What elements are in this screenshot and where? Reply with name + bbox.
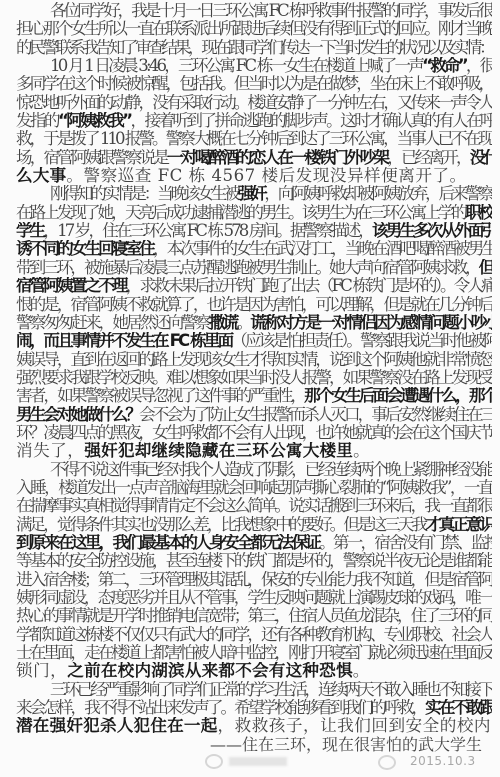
text-segment: ，已经离开， (387, 149, 470, 167)
text-segment: ，接着听到了拼命逃跑的脚步声。这时才确认真的有人在呼 (130, 112, 492, 130)
text-line: 姨误导，直到在返回的路上发现该女生才得知实情，说到这个阿姨他就非常愤怒 (16, 351, 492, 369)
bold-text: 但 (479, 259, 492, 277)
text-line: 热心的事情就是开学时推销电信宽带；第三，住宿人员鱼龙混杂，住了三环的同 (16, 607, 492, 625)
text-line: 多同学在这个时候被惊醒，包括我。但当时以为是在做梦，坐在床上不敢呼吸， (16, 75, 492, 93)
text-line: 惊恐地听外面的动静，没有采取行动。楼道安静了一分钟左右，又传来一声令人 (16, 94, 492, 112)
text-segment: 进入宿舍楼；第二，三环管理极其混乱，保安的专业能力我不知道，但是宿管阿 (16, 571, 492, 589)
text-segment: ，向阿姨呼救却被阿姨放弃，后来警察 (264, 185, 492, 203)
text-line: 满足，觉得条件其实也没那么差，比我想象中的要好。但是这三天我才真正意识 (16, 516, 492, 534)
text-line: 学生，17 岁，住在三环公寓 FC 栋 578 房间。据警察描述，该男生多次从外… (16, 222, 492, 240)
text-line: 警察匆匆赶来，她居然还向警察撒谎。谎称对方是一对情侣因为感情问题小吵小 (16, 314, 492, 332)
text-segment: 带到三环，被施暴后凌晨三点苏醒逃跑被男生制止。她大声向宿管阿姨求救， (16, 259, 479, 277)
bold-text: 强奸 (238, 185, 265, 203)
text-line: 么大事。警察巡查 FC 栋 4567 楼后发现没异样便离开了。 (16, 167, 492, 185)
text-line: 场，宿管阿姨跟警察说是一对喝醉酒的恋人在一楼铁门外吵架，已经离开，没什 (16, 149, 492, 167)
text-segment: ，求救未果后拉开铁门跑了出去（FC 栋铁门是坏的）。令人痛 (126, 277, 492, 295)
bold-text: 闹，而且事情并不发生在 FC 栋里面 (16, 332, 231, 350)
text-line: 闹，而且事情并不发生在 FC 栋里面（应该是怕担责任）。警察跟我说当时他被阿 (16, 332, 492, 350)
text-segment: 热心的事情就是开学时推销电信宽带；第三，住宿人员鱼龙混杂，住了三环的同 (16, 607, 492, 625)
text-segment: 三环已经严重影响了同学们正常的学习生活，连续两天不敢入睡也不知接下 (50, 681, 492, 699)
text-line: 在揣摩事实真相觉得事情肯定不会这么简单。说实话搬到三环来后，我一直都很 (16, 497, 492, 515)
text-line: 宿管阿姨置之不理，求救未果后拉开铁门跑了出去（FC 栋铁门是坏的）。令人痛 (16, 277, 492, 295)
paragraph-start-line: 10 月 1 日凌晨 3:46，三环公寓 FC 栋一女生在楼道上喊了一声“救命”… (16, 57, 492, 75)
text-segment: 发指的 (16, 112, 58, 130)
bold-text: 学生 (16, 222, 43, 240)
bold-text: 强奸犯却继续隐藏在三环公寓大楼里 (84, 442, 353, 460)
text-line: 士在里面，走在楼道上都害怕被人暗中监控，刚打开寝室门就必须迅速在里面反 (16, 644, 492, 662)
text-segment: 姨形同虚设，态度恶劣并且从不管事，学生反映问题就上演踢皮球的戏码，唯一 (16, 589, 492, 607)
text-segment: ，17 岁，住在三环公寓 FC 栋 578 房间。据警察描述， (43, 222, 372, 240)
text-segment: 会不会为了防止女生报警而杀人灭口，事后安然继续住在三 (139, 406, 492, 424)
text-segment: 恨的是，宿管阿姨不救就算了，也许是因为害怕，可以理解，但是就在几分钟后 (16, 296, 492, 314)
text-segment: 环？凌晨四点的黑夜，女生呼救都不会有人出现，也许她就真的会在这个国庆节 (16, 424, 492, 442)
blurred-username (229, 757, 287, 766)
weibo-icon (205, 754, 223, 769)
text-segment: 在路上发现了她，天亮后成功逮捕潜逃的男生。该男生为在三环公寓上学的 (16, 204, 465, 222)
text-line: 进入宿舍楼；第二，三环管理极其混乱，保安的专业能力我不知道，但是宿管阿 (16, 571, 492, 589)
signature: ——住在三环，现在很害怕的武大学生 (210, 732, 482, 755)
bold-text: 实在不敢跟 (425, 699, 492, 717)
text-line: 发指的“阿姨救我”，接着听到了拼命逃跑的脚步声。这时才确认真的有人在呼 (16, 112, 492, 130)
text-line: 消失了，强奸犯却继续隐藏在三环公寓大楼里。 (16, 442, 492, 460)
document-page: 各位同学好，我是十月一日三环公寓 FC 栋呼救事件报警的同学，事发后很担心那个女… (0, 0, 500, 777)
paragraph-start-line: 三环已经严重影响了同学们正常的学习生活，连续两天不敢入睡也不知接下 (16, 681, 492, 699)
text-segment: 警察匆匆赶来，她居然还向警察 (16, 314, 209, 332)
text-segment: 学都知道这栋楼不仅仅只有武大的同学，还有各种教育机构、专业职校、社会人 (16, 626, 492, 644)
text-segment: 场，宿管阿姨跟警察说是 (16, 149, 167, 167)
bold-text: “救命” (422, 57, 466, 75)
text-segment: 满足，觉得条件其实也没那么差，比我想象中的要好。但是这三天我 (16, 516, 425, 534)
bold-text: 才真正意识 (425, 516, 492, 534)
text-segment: 。 (236, 314, 250, 332)
text-line: 男生会对她做什么？会不会为了防止女生报警而杀人灭口，事后安然继续住在三 (16, 406, 492, 424)
text-segment: 的民警联系我告知了审查结果，现在跟同学们传达一下当时发生的状况以及实情： (16, 39, 492, 57)
text-line: 害者，如果警察被误导忽视了这件事的严重性，那个女生后面会遭遇什么，那个 (16, 387, 492, 405)
bold-text: 那个女生后面会遭遇什么，那个 (304, 387, 492, 405)
text-line: 担心那个女生所以一直在联系派出所跟进后续但没有得到正式的回应。刚才当晚 (16, 20, 492, 38)
text-line: 姨形同虚设，态度恶劣并且从不管事，学生反映问题就上演踢皮球的戏码，唯一 (16, 589, 492, 607)
text-segment: 救，于是拨了 110 报警。警察大概在七分钟后到达了三环公寓，当事人已不在现 (16, 130, 492, 148)
text-segment: 各位同学好，我是十月一日三环公寓 FC 栋呼救事件报警的同学，事发后很 (50, 2, 492, 20)
text-segment: 入睡，楼道发出一点声音脑海里就会回响起那声撕心裂肺的“阿姨救我”，一直 (16, 479, 492, 497)
paragraph-start-line: 不得不说这件事已经对我个人造成了阴影，已经连续两个晚上紧绷神经没能 (16, 461, 492, 479)
text-line: 学都知道这栋楼不仅仅只有武大的同学，还有各种教育机构、专业职校、社会人 (16, 626, 492, 644)
text-segment: 10 月 1 日凌晨 3:46，三环公寓 FC 栋一女生在楼道上喊了一声 (50, 57, 422, 75)
bold-text: 该男生多次从外面引 (372, 222, 492, 240)
bold-text: 撒谎 (209, 314, 237, 332)
text-segment: 惊恐地听外面的动静，没有采取行动。楼道安静了一分钟左右，又传来一声令人 (16, 94, 492, 112)
text-segment: 消失了， (16, 442, 84, 460)
text-segment: 。警察巡查 FC 栋 4567 楼后发现没异样便离开了。 (66, 167, 466, 185)
text-segment: 。 (353, 442, 370, 460)
text-line: 强烈要求我跟学校反映。难以想象如果当时没人报警，如果警察没在路上发现受 (16, 369, 492, 387)
text-line: 环？凌晨四点的黑夜，女生呼救都不会有人出现，也许她就真的会在这个国庆节 (16, 424, 492, 442)
text-line: 等基本的安全防控设施，甚至连楼下的铁门都是坏的，警察说半夜无论是谁都能 (16, 552, 492, 570)
paragraph-start-line: 刚得知的实情是：当晚该女生被强奸，向阿姨呼救却被阿姨放弃，后来警察 (16, 185, 492, 203)
text-segment: 姨误导，直到在返回的路上发现该女生才得知实情，说到这个阿姨他就非常愤怒 (16, 351, 492, 369)
text-segment: 士在里面，走在楼道上都害怕被人暗中监控，刚打开寝室门就必须迅速在里面反 (16, 644, 492, 662)
text-segment: 不得不说这件事已经对我个人造成了阴影，已经连续两个晚上紧绷神经没能 (50, 461, 492, 479)
paragraph-start-line: 各位同学好，我是十月一日三环公寓 FC 栋呼救事件报警的同学，事发后很 (16, 2, 492, 20)
letter-body: 各位同学好，我是十月一日三环公寓 FC 栋呼救事件报警的同学，事发后很担心那个女… (16, 2, 492, 736)
text-segment: 。 (353, 662, 370, 680)
bold-text: 一对喝醉酒的恋人在一楼铁门外吵架 (167, 149, 387, 167)
bold-text: 么大事 (16, 167, 66, 185)
text-segment: 强烈要求我跟学校反映。难以想象如果当时没人报警，如果警察没在路上发现受 (16, 369, 492, 387)
text-segment: 。第一，宿舍没有门禁、监控 (319, 534, 492, 552)
weibo-icon (378, 755, 396, 770)
watermark-date: 2015.10.3 (410, 754, 476, 768)
bold-text: 职校 (465, 204, 492, 222)
bold-text: 诱不同的女生回寝室住 (16, 240, 153, 258)
bold-text: 之前在校内湖滨从来都不会有这种恐惧 (67, 662, 353, 680)
watermark-left (205, 754, 287, 770)
bold-text: 潜在强奸犯杀人犯住在一起 (16, 717, 218, 735)
text-line: 带到三环，被施暴后凌晨三点苏醒逃跑被男生制止。她大声向宿管阿姨求救，但 (16, 259, 492, 277)
text-line: 锁门，之前在校内湖滨从来都不会有这种恐惧。 (16, 662, 492, 680)
text-line: 诱不同的女生回寝室住，本次事件的女生在武汉打工，当晚在酒吧喝醉酒被男生 (16, 240, 492, 258)
text-segment: （应该是怕担责任）。警察跟我说当时他被阿 (231, 332, 492, 350)
bold-text: “阿姨救我” (58, 112, 131, 130)
text-segment: 担心那个女生所以一直在联系派出所跟进后续但没有得到正式的回应。刚才当晚 (16, 20, 492, 38)
watermark-right: 2015.10.3 (378, 754, 476, 770)
bold-text: 没什 (470, 149, 492, 167)
text-line: 在路上发现了她，天亮后成功逮捕潜逃的男生。该男生为在三环公寓上学的职校 (16, 204, 492, 222)
text-segment: 害者，如果警察被误导忽视了这件事的严重性， (16, 387, 304, 405)
text-line: 恨的是，宿管阿姨不救就算了，也许是因为害怕，可以理解，但是就在几分钟后 (16, 296, 492, 314)
bold-text: 男生会对她做什么？ (16, 406, 139, 424)
text-segment: 刚得知的实情是：当晚该女生被 (50, 185, 238, 203)
text-line: 入睡，楼道发出一点声音脑海里就会回响起那声撕心裂肺的“阿姨救我”，一直 (16, 479, 492, 497)
text-segment: ，很 (466, 57, 492, 75)
bold-text: 谎称对方是一对情侣因为感情问题小吵小 (250, 314, 492, 332)
text-segment: 锁门， (16, 662, 67, 680)
text-line: 救，于是拨了 110 报警。警察大概在七分钟后到达了三环公寓，当事人已不在现 (16, 130, 492, 148)
text-segment: 等基本的安全防控设施，甚至连楼下的铁门都是坏的，警察说半夜无论是谁都能 (16, 552, 492, 570)
text-segment: 在揣摩事实真相觉得事情肯定不会这么简单。说实话搬到三环来后，我一直都很 (16, 497, 492, 515)
text-line: 来会怎样，我不得不站出来发声了。希望学校能够看到我们的呼救，实在不敢跟 (16, 699, 492, 717)
text-segment: 多同学在这个时候被惊醒，包括我。但当时以为是在做梦，坐在床上不敢呼吸， (16, 75, 492, 93)
bold-text: 到原来在这里，我们最基本的人身安全都无法保证 (16, 534, 319, 552)
text-line: 的民警联系我告知了审查结果，现在跟同学们传达一下当时发生的状况以及实情： (16, 39, 492, 57)
bold-text: 宿管阿姨置之不理 (16, 277, 126, 295)
text-segment: ，本次事件的女生在武汉打工，当晚在酒吧喝醉酒被男生 (153, 240, 492, 258)
text-segment: 来会怎样，我不得不站出来发声了。希望学校能够看到我们的呼救， (16, 699, 425, 717)
text-line: 到原来在这里，我们最基本的人身安全都无法保证。第一，宿舍没有门禁、监控 (16, 534, 492, 552)
